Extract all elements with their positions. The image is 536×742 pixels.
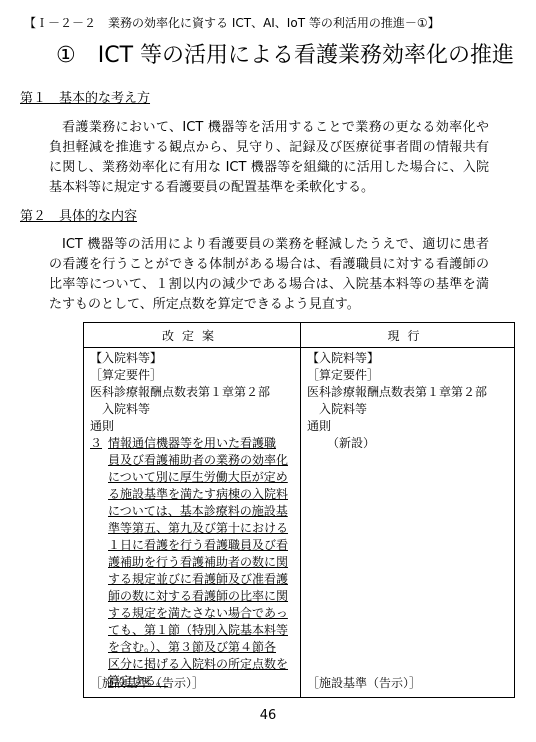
item-line: を含む。）、第３節及び第４節各 [108, 639, 288, 656]
item-line: する規定並びに看護師及び准看護 [108, 571, 288, 588]
comparison-table: 改定案 現行 【入院料等】 ［算定要件］ 医科診療報酬点数表第１章第２部 入院料… [83, 322, 515, 698]
table-body-row: 【入院料等】 ［算定要件］ 医科診療報酬点数表第１章第２部 入院料等 通則 ３ … [84, 348, 515, 698]
item-line: 員及び看護補助者の業務の効率化 [108, 452, 288, 469]
left-line: 医科診療報酬点数表第１章第２部 [90, 384, 296, 401]
right-footer: ［施設基準（告示）］ [307, 675, 421, 692]
left-line: 【入院料等】 [90, 350, 296, 367]
item-line: １日に看護を行う看護職員及び看 [108, 537, 288, 554]
header-revision: 改定案 [84, 323, 301, 348]
table-header-row: 改定案 現行 [84, 323, 515, 348]
right-line: 【入院料等】 [307, 350, 510, 367]
right-line: ［算定要件］ [307, 367, 510, 384]
page-number: 46 [0, 708, 536, 723]
section1-body: 看護業務において、ICT 機器等を活用することで業務の更なる効率化や負担軽減を推… [49, 118, 489, 198]
left-line: 入院料等 [90, 401, 296, 418]
page-title: ① ICT 等の活用による看護業務効率化の推進 [56, 38, 514, 69]
right-line: 通則 [307, 418, 510, 435]
new-establishment-note: （新設） [307, 435, 510, 452]
left-line: 通則 [90, 418, 296, 435]
item-number: ３ [90, 435, 108, 690]
item-line: について別に厚生労働大臣が定め [108, 469, 288, 486]
item-line: ても、第１節（特別入院基本料等 [108, 622, 288, 639]
item-line: 情報通信機器等を用いた看護職 [108, 435, 288, 452]
section2-body: ICT 機器等の活用により看護要員の業務を軽減したうえで、適切に患者の看護を行う… [49, 235, 489, 315]
item-line: る施設基準を満たす病棟の入院料 [108, 486, 288, 503]
header-current: 現行 [301, 323, 515, 348]
item-line: する規定を満たさない場合であっ [108, 605, 288, 622]
revision-cell: 【入院料等】 ［算定要件］ 医科診療報酬点数表第１章第２部 入院料等 通則 ３ … [84, 348, 301, 698]
item-line: については、基本診療料の施設基 [108, 503, 288, 520]
current-cell: 【入院料等】 ［算定要件］ 医科診療報酬点数表第１章第２部 入院料等 通則 （新… [301, 348, 515, 698]
item-line: 準等第五、第九及び第十における [108, 520, 288, 537]
section1-heading: 第１ 基本的な考え方 [20, 87, 150, 106]
new-item-3: ３ 情報通信機器等を用いた看護職 員及び看護補助者の業務の効率化 について別に厚… [90, 435, 296, 690]
left-line: ［算定要件］ [90, 367, 296, 384]
right-line: 医科診療報酬点数表第１章第２部 [307, 384, 510, 401]
item-line: 師の数に対する看護師の比率に関 [108, 588, 288, 605]
section-tag-line: 【Ｉ－２－２ 業務の効率化に資する ICT、AI、IoT 等の利活用の推進－①】 [24, 14, 440, 31]
item-line: 護補助を行う看護補助者の数に関 [108, 554, 288, 571]
section2-heading: 第２ 具体的な内容 [20, 205, 137, 224]
left-footer: ［施設基準（告示）］ [90, 675, 204, 692]
right-line: 入院料等 [307, 401, 510, 418]
item-line: 区分に掲げる入院料の所定点数を [108, 656, 288, 673]
